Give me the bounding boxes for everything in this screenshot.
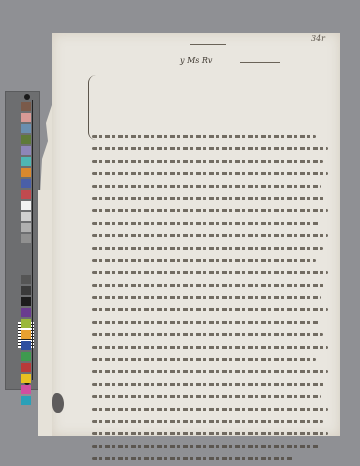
color-swatch: [21, 234, 31, 243]
handwritten-line: [92, 193, 328, 205]
color-swatch: [21, 190, 31, 199]
handwritten-line: [92, 143, 328, 155]
ink-mark: [190, 44, 226, 45]
color-swatch: [21, 212, 31, 221]
target-registration-dot: [24, 94, 30, 100]
color-swatch: [21, 146, 31, 155]
color-swatch: [21, 341, 31, 350]
color-swatch: [21, 297, 31, 306]
handwritten-line: [92, 304, 328, 316]
handwritten-line: [92, 205, 328, 217]
handwritten-line: [92, 230, 328, 242]
handwritten-line: [92, 428, 328, 440]
color-swatch: [21, 124, 31, 133]
handwritten-line: [92, 131, 328, 143]
handwritten-line: [92, 391, 328, 403]
handwritten-line: [92, 416, 328, 428]
handwritten-line: [92, 280, 328, 292]
color-swatch: [21, 113, 31, 122]
color-swatch: [21, 201, 31, 210]
color-calibration-target: [5, 91, 40, 390]
handwritten-line: [92, 453, 328, 465]
handwritten-body-text: [92, 131, 328, 466]
color-swatch: [21, 179, 31, 188]
color-swatch: [21, 330, 31, 339]
handwritten-line: [92, 404, 328, 416]
handwritten-line: [92, 156, 328, 168]
color-swatch: [21, 385, 31, 394]
handwritten-line: [92, 255, 328, 267]
handwritten-line: [92, 441, 328, 453]
color-swatch: [21, 308, 31, 317]
color-swatch: [21, 363, 31, 372]
handwritten-line: [92, 366, 328, 378]
color-swatch: [21, 102, 31, 111]
color-swatch: [21, 275, 31, 284]
handwritten-line: [92, 342, 328, 354]
color-swatch: [21, 286, 31, 295]
color-swatch: [21, 319, 31, 328]
handwritten-line: [92, 292, 328, 304]
color-swatch: [21, 223, 31, 232]
heading-flourish: [240, 62, 280, 63]
handwritten-line: [92, 379, 328, 391]
manuscript-heading: y Ms Rv: [180, 56, 212, 65]
ink-blot: [52, 393, 64, 413]
color-swatch: [21, 168, 31, 177]
handwritten-line: [92, 329, 328, 341]
color-swatch: [21, 352, 31, 361]
color-swatch: [21, 396, 31, 405]
handwritten-line: [92, 354, 328, 366]
folio-number: 34r: [311, 34, 325, 43]
handwritten-line: [92, 218, 328, 230]
handwritten-line: [92, 181, 328, 193]
handwritten-line: [92, 317, 328, 329]
ruler: [32, 100, 33, 380]
handwritten-line: [92, 168, 328, 180]
handwritten-line: [92, 243, 328, 255]
color-swatch: [21, 157, 31, 166]
handwritten-line: [92, 267, 328, 279]
color-swatch: [21, 135, 31, 144]
color-swatch: [21, 374, 31, 383]
